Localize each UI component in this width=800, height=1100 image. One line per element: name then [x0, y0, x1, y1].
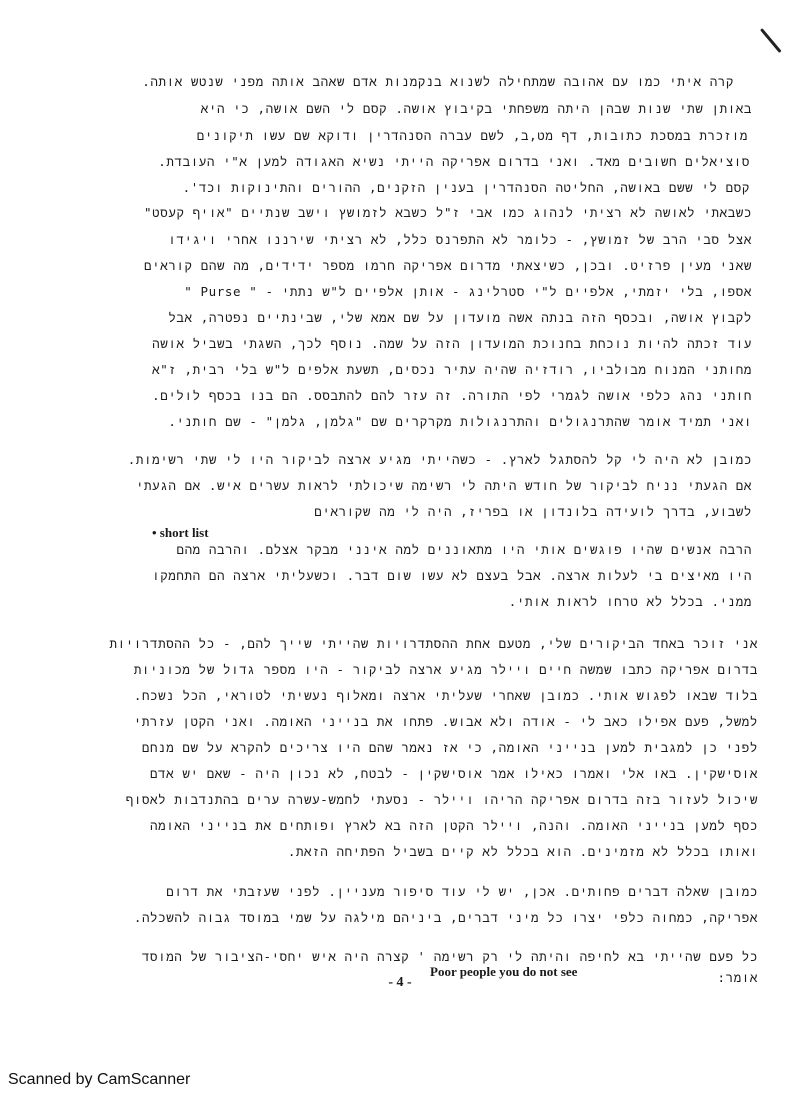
text-line: סוציאלים חשובים מאד. ואני בדרום אפריקה ה… — [158, 154, 750, 170]
text-line: קסם לי ששם באושה, החליטה הסנהדרין בענין … — [183, 180, 750, 196]
text-line: שיכול לעזור בזה בדרום אפריקה הריהו ויילר… — [126, 792, 758, 808]
text-line: אצל סבי הרב של זמושץ, - כלומר לא התפרנס … — [168, 232, 752, 248]
text-line: כסף למען בנייני האומה. והנה, ויילר הקטן … — [150, 818, 758, 834]
text-line: לקבוץ אושה, ובכסף הזה בנתה אשה מועדון על… — [168, 310, 752, 326]
text-line: קרה איתי כמו עם אהובה שמתחילה לשנוא בנקמ… — [142, 74, 734, 90]
text-line: חותני נהג כלפי אושה לגמרי לפי התורה. זה … — [152, 388, 752, 404]
text-line: לשבוע, בדרך לועידה בלונדון או בפריז, היה… — [314, 504, 752, 520]
text-line: אפריקה, כמחוה כלפי יצרו כל מיני דברים, ב… — [134, 910, 758, 926]
text-line: עוד זכתה להיות נוכחת בחנוכת המועדון הזה … — [152, 336, 752, 352]
text-line: בלוד שבאו לפגוש אותי. כמובן שאחרי שעליתי… — [134, 688, 758, 704]
text-line: למשל, פעם אפילו כאב לי - אודה ולא אבוש. … — [134, 714, 758, 730]
text-line: הרבה אנשים שהיו פוגשים אותי היו מתאוננים… — [176, 542, 752, 558]
text-line: בדרום אפריקה כתבו שמשה חיים ויילר מגיע א… — [134, 662, 758, 678]
text-line: ואני תמיד אומר שהתרנגולים והתרנגולות מקר… — [168, 414, 752, 430]
text-line: כמובן שאלה דברים פחותים. אכן, יש לי עוד … — [166, 884, 758, 900]
scanned-page: קרה איתי כמו עם אהובה שמתחילה לשנוא בנקמ… — [0, 0, 800, 1100]
text-line: ממני. בכלל לא טרחו לראות אותי. — [509, 594, 752, 610]
text-line: אני זוכר באחד הביקורים שלי, מטעם אחת ההס… — [110, 636, 759, 652]
text-line: כמובן לא היה לי קל להסתגל לארץ. - כשהיית… — [128, 452, 752, 468]
text-line: אוסישקין. באו אלי ואמרו כאילו אמר אוסישק… — [150, 766, 758, 782]
inline-english-short-list: • short list — [152, 525, 209, 541]
text-line: היו מאיצים בי לעלות ארצה. אבל בעצם לא עש… — [152, 568, 752, 584]
text-line: שאני מעין פרזיט. ובכן, כשיצאתי מדרום אפר… — [144, 258, 752, 274]
text-line: ואותו בכלל לא מזמינים. הוא בכלל לא קיים … — [288, 844, 758, 860]
text-line: לפני כן למגבית למען בנייני האומה, כי אז … — [142, 740, 758, 756]
text-line: אם הגעתי נניח לביקור של חודש היתה לי רשי… — [136, 478, 752, 494]
scanner-watermark: Scanned by CamScanner — [8, 1071, 190, 1089]
text-line: באותן שתי שנות שבהן היתה משפחתי בקיבוץ א… — [201, 101, 752, 117]
text-line: כל פעם שהייתי בא לחיפה והיתה לי רק רשימה… — [142, 949, 758, 965]
pen-mark — [760, 28, 782, 53]
text-line: כשבאתי לאושה לא רציתי לנהוג כמו אבי ז"ל … — [144, 205, 752, 221]
page-number: - 4 - — [0, 975, 800, 991]
text-line: " Purse " - אספו, בלי יזמתי, אלפיים ל"י … — [184, 284, 752, 300]
text-line: מוזכרת במסכת כתובות, דף מט,ב, לשם עברה ה… — [197, 128, 748, 144]
text-line: מחותני המנוח מבולביו, רודזיה שהיה עתיר נ… — [152, 362, 752, 378]
